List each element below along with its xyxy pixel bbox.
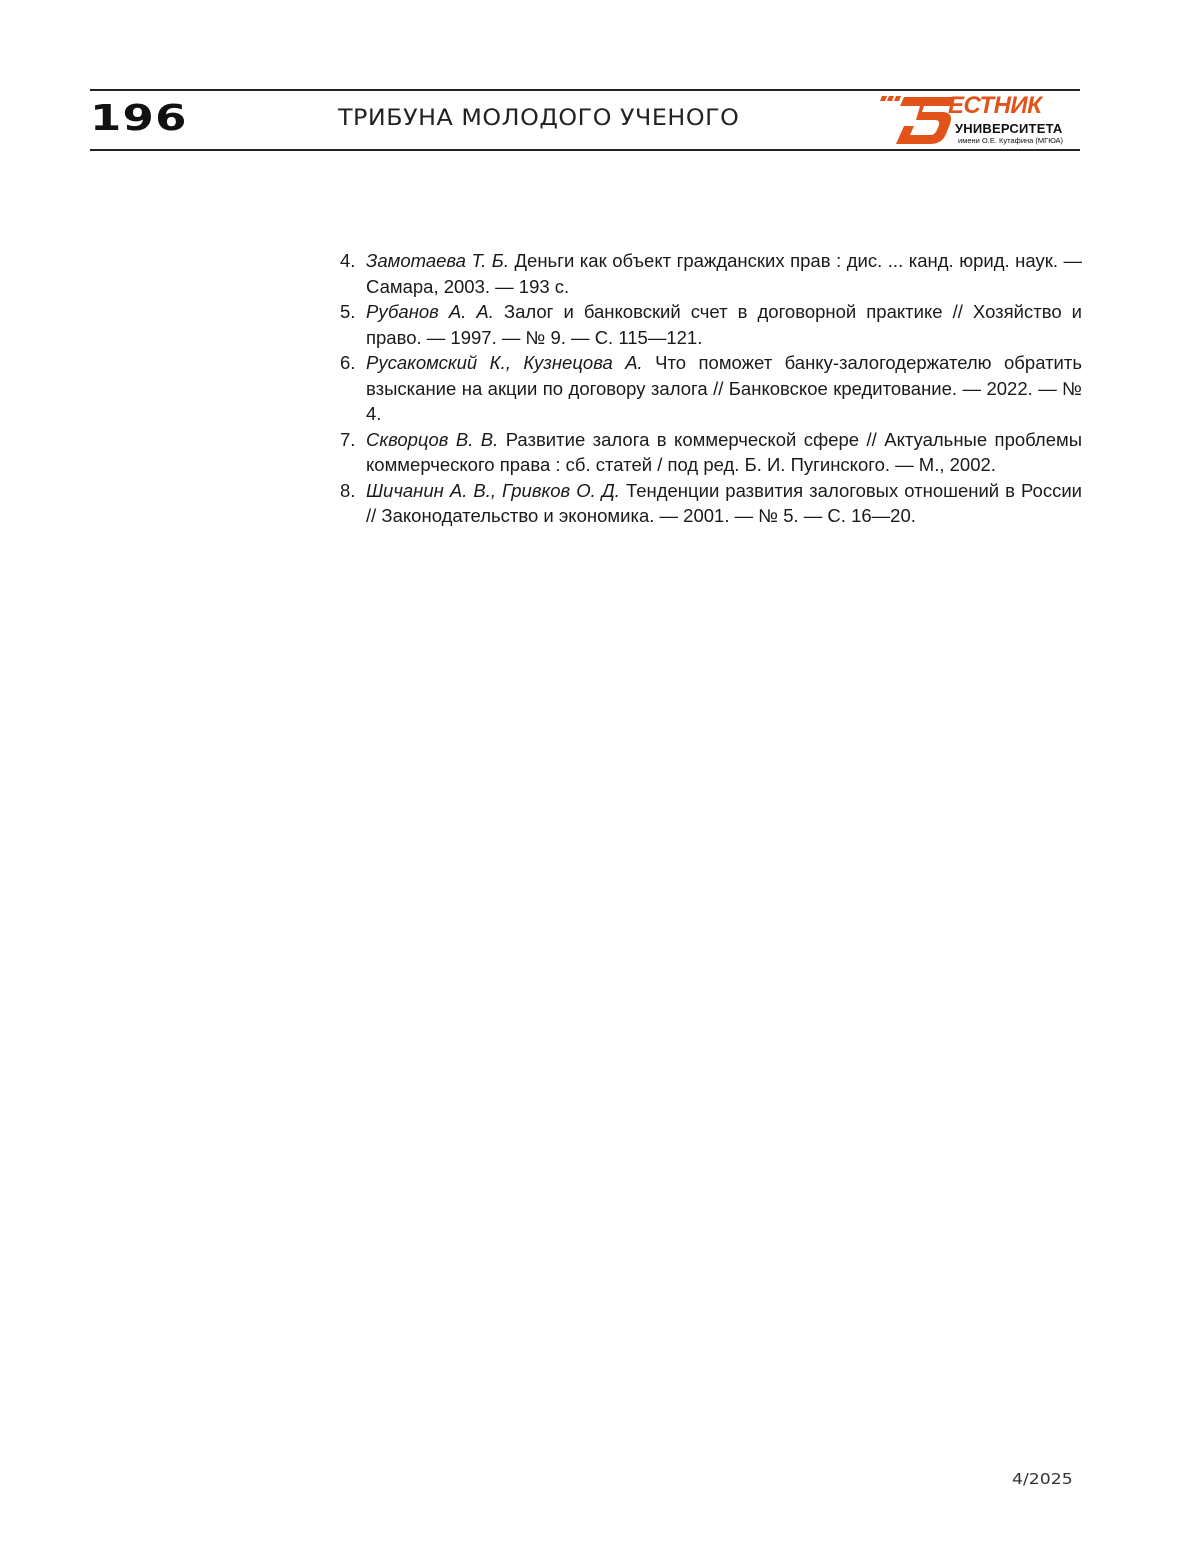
header-bottom-rule (90, 149, 1080, 151)
issue-number: 4/2025 (1012, 1470, 1073, 1488)
reference-author: Замотаева Т. Б. (366, 250, 509, 271)
reference-author: Шичанин А. В., Гривков О. Д. (366, 480, 620, 501)
logo-university: УНИВЕРСИТЕТА (955, 121, 1062, 136)
logo-wordmark: ЕСТНИК (948, 92, 1041, 120)
reference-author: Рубанов А. А. (366, 301, 494, 322)
reference-item: 5.Рубанов А. А. Залог и банковский счет … (340, 299, 1082, 350)
reference-number: 5. (340, 299, 355, 325)
reference-number: 4. (340, 248, 355, 274)
reference-number: 7. (340, 427, 355, 453)
reference-author: Скворцов В. В. (366, 429, 498, 450)
reference-number: 8. (340, 478, 355, 504)
header-top-rule (90, 89, 1080, 91)
reference-item: 6.Русакомский К., Кузнецова А. Что помож… (340, 350, 1082, 427)
reference-number: 6. (340, 350, 355, 376)
reference-item: 7.Скворцов В. В. Развитие залога в комме… (340, 427, 1082, 478)
reference-list: 4.Замотаева Т. Б. Деньги как объект граж… (340, 248, 1082, 529)
section-title: ТРИБУНА МОЛОДОГО УЧЕНОГО (338, 106, 739, 131)
journal-logo: ЕСТНИК УНИВЕРСИТЕТА имени О.Е. Кутафина … (880, 92, 1080, 148)
reference-item: 8.Шичанин А. В., Гривков О. Д. Тенденции… (340, 478, 1082, 529)
logo-subtitle: имени О.Е. Кутафина (МГЮА) (958, 136, 1063, 145)
reference-author: Русакомский К., Кузнецова А. (366, 352, 643, 373)
page-number: 196 (90, 98, 188, 139)
reference-item: 4.Замотаева Т. Б. Деньги как объект граж… (340, 248, 1082, 299)
